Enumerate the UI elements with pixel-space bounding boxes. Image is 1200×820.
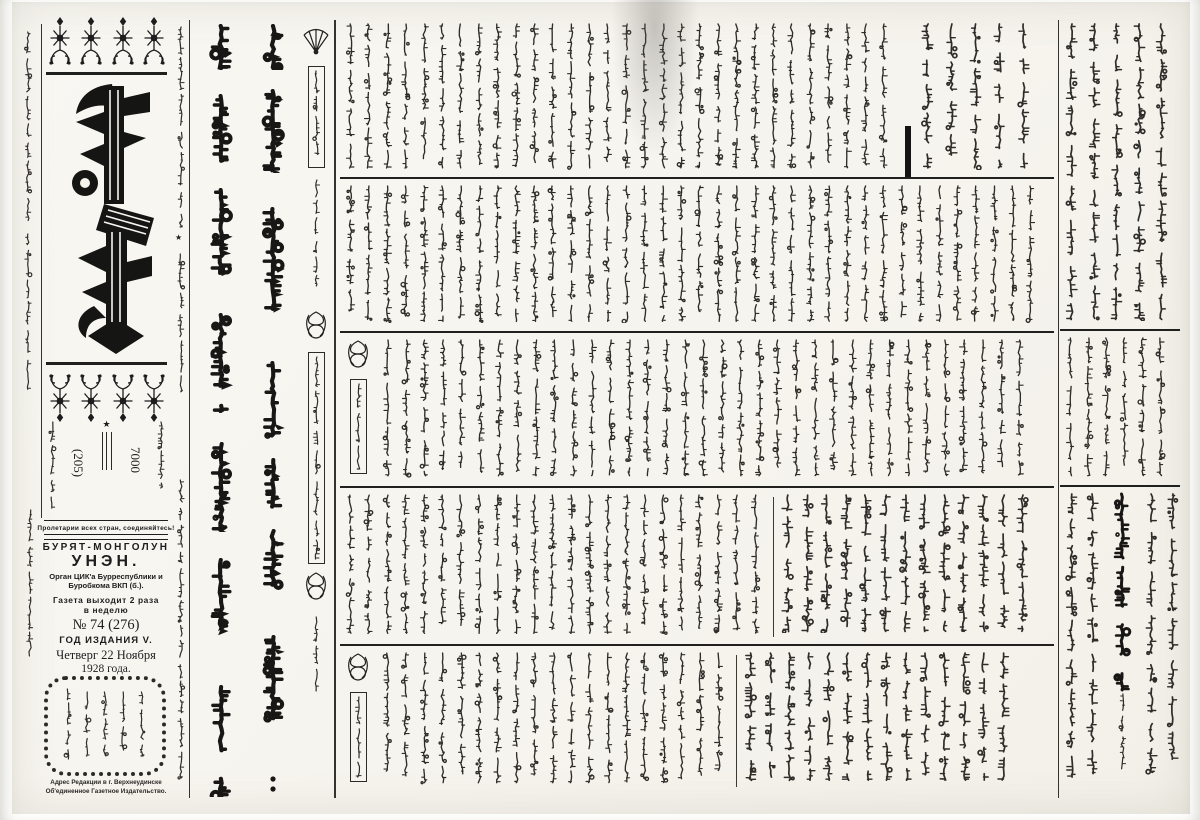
script-text-column bbox=[800, 493, 815, 638]
script-text-column bbox=[804, 184, 817, 328]
issue-date: Четверг 22 Ноября bbox=[36, 648, 176, 662]
script-text-column bbox=[933, 184, 946, 328]
script-text-column bbox=[22, 232, 34, 405]
margin-script-column bbox=[22, 232, 34, 405]
column-rule bbox=[1058, 20, 1059, 798]
script-text-column bbox=[418, 651, 431, 790]
script-text-column bbox=[546, 493, 559, 640]
script-text-column bbox=[491, 22, 504, 175]
script-text-column bbox=[790, 338, 803, 483]
script-text-column bbox=[344, 184, 357, 328]
script-text-column bbox=[937, 651, 952, 787]
script-text-column bbox=[1118, 336, 1131, 483]
script-text-column bbox=[400, 338, 413, 483]
star-divider: ★ bbox=[99, 420, 115, 470]
script-text-column bbox=[546, 22, 559, 175]
script-text-column bbox=[976, 493, 991, 638]
imprint-address: Адрес Редакции в г. Верхнеудинске Об'еди… bbox=[28, 778, 184, 796]
script-text-column bbox=[62, 687, 74, 766]
display-headline-word bbox=[253, 89, 293, 177]
script-text-column bbox=[976, 338, 989, 483]
script-text-column bbox=[753, 338, 766, 483]
script-text-column bbox=[657, 493, 670, 640]
schedule-line: в неделю bbox=[36, 606, 176, 615]
script-text-column bbox=[436, 184, 449, 328]
script-text-column bbox=[528, 651, 541, 790]
script-text-column bbox=[418, 493, 431, 640]
script-text-column bbox=[898, 493, 913, 638]
script-text-column bbox=[399, 184, 412, 328]
script-text-column bbox=[418, 22, 431, 175]
script-text-column bbox=[620, 184, 633, 328]
script-text-column bbox=[839, 493, 854, 638]
script-text-column bbox=[657, 22, 670, 175]
issue-date-year: 1928 года. bbox=[36, 663, 176, 676]
script-text-column bbox=[437, 338, 450, 483]
script-text-column bbox=[1087, 22, 1102, 326]
script-text-column bbox=[473, 651, 486, 790]
script-text-column bbox=[1085, 492, 1100, 788]
script-text-column bbox=[418, 338, 431, 483]
band-divider-rule bbox=[340, 644, 1054, 646]
article-band bbox=[344, 651, 1052, 791]
script-text-column bbox=[455, 651, 468, 790]
script-text-column bbox=[1144, 492, 1159, 781]
script-text-column bbox=[567, 338, 580, 483]
script-text-column bbox=[586, 338, 599, 483]
script-text-column bbox=[381, 22, 394, 175]
script-text-column bbox=[1064, 492, 1079, 788]
article-band bbox=[344, 338, 1052, 483]
script-text-column bbox=[657, 651, 670, 790]
display-headline-word bbox=[201, 94, 241, 168]
organ-line: Буробкома ВКП (б.). bbox=[36, 582, 176, 591]
script-text-column bbox=[381, 338, 394, 483]
mongol-calligraphy-nameplate bbox=[52, 78, 164, 365]
band-divider-rule bbox=[340, 177, 1054, 179]
star-icon: ★ bbox=[99, 420, 115, 429]
script-text-column bbox=[565, 493, 578, 640]
script-text-column bbox=[878, 493, 893, 638]
script-text-column bbox=[749, 493, 762, 640]
script-text-column bbox=[155, 420, 167, 495]
script-text-column bbox=[491, 184, 504, 328]
column-rule bbox=[189, 20, 190, 798]
script-text-column bbox=[767, 184, 780, 328]
script-text-column bbox=[996, 493, 1011, 638]
floral-device-icon bbox=[110, 368, 136, 423]
band-divider-rule bbox=[1060, 485, 1180, 487]
display-headline-word bbox=[253, 207, 293, 329]
floral-device-icon bbox=[78, 16, 104, 71]
display-headline-column bbox=[1106, 492, 1138, 772]
script-text-column bbox=[899, 651, 914, 787]
knot-ornament-icon bbox=[344, 338, 372, 375]
triple-rule bbox=[102, 432, 112, 470]
display-headline-word bbox=[201, 24, 241, 75]
script-text-column bbox=[712, 493, 725, 640]
script-text-column bbox=[474, 338, 487, 483]
display-headline-word bbox=[201, 188, 241, 297]
section-header-column bbox=[300, 28, 332, 704]
script-text-column bbox=[601, 22, 614, 175]
script-text-column bbox=[528, 184, 541, 328]
display-headline-word bbox=[201, 558, 241, 662]
script-text-column bbox=[712, 184, 725, 328]
script-text-column bbox=[473, 22, 486, 175]
display-headline-column bbox=[197, 24, 245, 820]
masthead-left-rule bbox=[41, 24, 42, 518]
script-text-column bbox=[136, 690, 148, 763]
script-text-column bbox=[841, 184, 854, 328]
script-text-column bbox=[957, 338, 970, 483]
script-text-column bbox=[679, 338, 692, 483]
script-text-column bbox=[381, 493, 394, 640]
script-text-column bbox=[749, 22, 762, 175]
script-text-column bbox=[968, 22, 983, 175]
margin-script-column bbox=[175, 252, 187, 407]
script-text-column bbox=[1109, 22, 1124, 326]
display-headline-word bbox=[253, 458, 293, 514]
ornamental-notice-box bbox=[44, 676, 166, 776]
masthead-ornament-row bbox=[47, 16, 167, 71]
display-headline-column bbox=[249, 24, 297, 801]
script-text-column bbox=[620, 493, 633, 640]
section-header-with-ornament bbox=[344, 651, 372, 782]
script-text-column bbox=[399, 651, 412, 790]
script-text-column bbox=[809, 338, 822, 483]
script-text-column bbox=[988, 184, 1001, 328]
script-text-column bbox=[763, 651, 778, 787]
script-text-column bbox=[399, 22, 412, 175]
slogan: Пролетарии всех стран, соединяйтесь! bbox=[36, 525, 176, 532]
script-text-column bbox=[175, 25, 187, 234]
script-text-column bbox=[565, 651, 578, 790]
masthead-ornament-row bbox=[47, 368, 167, 423]
script-text-column bbox=[877, 184, 890, 328]
knot-ornament-icon bbox=[302, 309, 330, 346]
script-text-column bbox=[362, 184, 375, 328]
script-text-column bbox=[565, 22, 578, 175]
script-text-column bbox=[944, 22, 959, 175]
script-text-column bbox=[546, 184, 559, 328]
script-text-column bbox=[620, 22, 633, 175]
band-divider-rule bbox=[340, 331, 1054, 333]
script-text-column bbox=[530, 338, 543, 483]
script-text-column bbox=[879, 651, 894, 787]
floral-device-icon bbox=[141, 368, 167, 423]
floral-device-icon bbox=[141, 16, 167, 71]
framed-section-header bbox=[308, 352, 325, 564]
knot-ornament-icon bbox=[344, 651, 372, 688]
script-text-column bbox=[638, 493, 651, 640]
script-text-column bbox=[937, 493, 952, 638]
script-text-column bbox=[730, 184, 743, 328]
script-text-column bbox=[697, 338, 710, 483]
column-rule bbox=[334, 20, 336, 798]
script-text-column bbox=[565, 184, 578, 328]
script-text-column bbox=[821, 651, 836, 787]
script-text-column bbox=[902, 338, 915, 483]
framed-section-header bbox=[350, 379, 367, 474]
script-text-column bbox=[601, 493, 614, 640]
script-text-column bbox=[846, 338, 859, 483]
script-text-column bbox=[840, 651, 855, 787]
edition-year: ГОД ИЗДАНИЯ V. bbox=[36, 636, 176, 647]
script-text-column bbox=[381, 184, 394, 328]
script-text-column bbox=[918, 651, 933, 787]
script-text-column bbox=[547, 651, 560, 790]
band-divider-rule bbox=[340, 486, 1054, 488]
script-text-column bbox=[802, 651, 817, 787]
imprint-line: Об'единенное Газетное Издательство. bbox=[28, 787, 184, 796]
script-text-column bbox=[920, 338, 933, 483]
fan-ornament-icon bbox=[301, 28, 331, 60]
script-text-column bbox=[510, 184, 523, 328]
script-text-column bbox=[956, 493, 971, 638]
right-article-band bbox=[1064, 336, 1178, 482]
article-band bbox=[344, 493, 1052, 641]
script-text-column bbox=[785, 184, 798, 328]
script-text-column bbox=[1064, 336, 1077, 483]
script-text-column bbox=[510, 651, 523, 790]
script-text-column bbox=[583, 184, 596, 328]
script-text-column bbox=[864, 338, 877, 483]
script-text-column bbox=[660, 338, 673, 483]
script-text-column bbox=[22, 30, 34, 231]
display-headline-word bbox=[253, 24, 293, 75]
script-text-column bbox=[693, 493, 706, 640]
script-text-column bbox=[583, 22, 596, 175]
script-text-column bbox=[604, 338, 617, 483]
script-text-column bbox=[436, 651, 449, 790]
script-text-column bbox=[858, 493, 873, 638]
script-text-column bbox=[859, 184, 872, 328]
print-run-number: 7000 bbox=[126, 420, 144, 500]
framed-section-header bbox=[350, 692, 367, 782]
script-text-column bbox=[81, 690, 93, 763]
script-text-column bbox=[436, 493, 449, 640]
script-text-column bbox=[344, 22, 357, 175]
script-text-column bbox=[939, 338, 952, 483]
script-text-column bbox=[175, 478, 187, 788]
schedule-line: Газета выходит 2 раза bbox=[36, 596, 176, 605]
script-text-column bbox=[46, 420, 58, 517]
script-text-column bbox=[730, 22, 743, 175]
newspaper-page: (205) ★ 7000 Пролетарии всех стран, соед… bbox=[0, 0, 1200, 820]
script-text-column bbox=[454, 184, 467, 328]
script-text-column bbox=[493, 338, 506, 483]
band-divider-rule bbox=[1060, 329, 1180, 331]
script-text-column bbox=[454, 493, 467, 640]
script-text-column bbox=[362, 22, 375, 175]
floral-device-icon bbox=[78, 368, 104, 423]
script-text-column bbox=[1100, 336, 1113, 483]
script-text-column bbox=[1154, 22, 1169, 326]
script-text-column bbox=[1082, 336, 1095, 483]
script-text-column bbox=[511, 338, 524, 483]
margin-script-column bbox=[24, 508, 36, 663]
script-text-column bbox=[896, 184, 909, 328]
script-text-column bbox=[528, 493, 541, 640]
script-text-column bbox=[1013, 338, 1026, 483]
script-text-column bbox=[1024, 184, 1037, 328]
display-headline-word bbox=[253, 361, 293, 444]
right-article-band bbox=[1064, 492, 1178, 792]
script-text-column bbox=[877, 22, 890, 175]
script-text-column bbox=[46, 420, 58, 517]
script-text-column bbox=[804, 22, 817, 175]
display-headline-word bbox=[201, 313, 241, 418]
script-text-column bbox=[99, 690, 111, 763]
script-text-column bbox=[1064, 22, 1079, 326]
floral-device-icon bbox=[110, 16, 136, 71]
script-text-column bbox=[399, 493, 412, 640]
script-text-column bbox=[675, 184, 688, 328]
script-text-column bbox=[473, 184, 486, 328]
script-text-column bbox=[583, 493, 596, 640]
masthead-rule bbox=[46, 362, 167, 365]
star-icon: ★ bbox=[175, 234, 182, 242]
script-text-column bbox=[730, 493, 743, 640]
display-headline-word bbox=[201, 442, 241, 537]
script-text-column bbox=[1015, 493, 1030, 638]
article-divider-rule bbox=[773, 497, 774, 637]
imprint-line: Адрес Редакции в г. Верхнеудинске bbox=[28, 778, 184, 787]
terminal-punctuation bbox=[267, 774, 279, 801]
article-band bbox=[344, 184, 1052, 328]
margin-script-column bbox=[175, 478, 187, 788]
script-text-column bbox=[601, 184, 614, 328]
script-text-column bbox=[767, 22, 780, 175]
script-text-column bbox=[712, 22, 725, 175]
script-text-column bbox=[602, 651, 615, 790]
script-text-column bbox=[528, 22, 541, 175]
script-text-column bbox=[819, 493, 834, 638]
script-text-column bbox=[969, 184, 982, 328]
script-text-column bbox=[920, 22, 935, 175]
subscription-number: (205) bbox=[69, 420, 87, 506]
script-text-column bbox=[749, 184, 762, 328]
script-text-column bbox=[957, 651, 972, 787]
script-text-column bbox=[436, 22, 449, 175]
subscription-block: (205) ★ 7000 bbox=[46, 420, 167, 516]
script-text-column bbox=[310, 178, 323, 293]
script-text-column bbox=[841, 22, 854, 175]
script-text-column bbox=[859, 22, 872, 175]
script-text-column bbox=[24, 508, 36, 663]
script-text-column bbox=[917, 493, 932, 638]
margin-script-column bbox=[22, 30, 34, 231]
script-text-column bbox=[693, 22, 706, 175]
script-text-column bbox=[491, 651, 504, 790]
script-text-column bbox=[473, 493, 486, 640]
script-text-column bbox=[155, 420, 167, 495]
script-text-column bbox=[491, 493, 504, 640]
article-divider-rule bbox=[736, 655, 737, 787]
script-text-column bbox=[638, 651, 651, 790]
display-headline-word bbox=[253, 635, 293, 747]
script-text-column bbox=[694, 651, 707, 790]
article-band bbox=[344, 22, 1052, 174]
script-text-column bbox=[951, 184, 964, 328]
script-text-column bbox=[455, 338, 468, 483]
script-text-column bbox=[362, 493, 375, 640]
script-text-column bbox=[914, 184, 927, 328]
script-text-column bbox=[693, 184, 706, 328]
script-text-column bbox=[623, 338, 636, 483]
issue-number: № 74 (276) bbox=[36, 617, 176, 633]
script-text-column bbox=[712, 651, 725, 790]
script-text-column bbox=[548, 338, 561, 483]
script-text-column bbox=[454, 22, 467, 175]
script-text-column bbox=[620, 651, 633, 790]
script-text-column bbox=[716, 338, 729, 483]
script-text-column bbox=[641, 338, 654, 483]
script-text-column bbox=[675, 22, 688, 175]
paper-name-ru-main: УНЭН. bbox=[36, 553, 176, 571]
framed-section-header bbox=[308, 66, 325, 168]
script-text-column bbox=[785, 22, 798, 175]
script-text-column bbox=[771, 338, 784, 483]
script-text-column bbox=[310, 615, 323, 698]
script-text-column bbox=[780, 493, 795, 638]
knot-ornament-icon bbox=[302, 570, 330, 607]
script-text-column bbox=[675, 651, 688, 790]
script-text-column bbox=[782, 651, 797, 787]
right-article-band bbox=[1064, 22, 1178, 326]
script-text-column bbox=[860, 651, 875, 787]
black-bar-marker bbox=[905, 126, 911, 178]
script-text-column bbox=[657, 184, 670, 328]
floral-device-icon bbox=[47, 16, 73, 71]
script-text-column bbox=[117, 690, 129, 763]
script-text-column bbox=[995, 338, 1008, 483]
script-text-column bbox=[992, 22, 1007, 175]
script-text-column bbox=[510, 22, 523, 175]
script-text-column bbox=[583, 651, 596, 790]
masthead-rule bbox=[46, 72, 167, 75]
script-text-column bbox=[1165, 492, 1180, 766]
script-text-column bbox=[175, 252, 187, 407]
paper-name-ru: БУРЯТ-МОНГОЛУН bbox=[36, 542, 176, 553]
script-text-column bbox=[1006, 184, 1019, 328]
script-text-column bbox=[675, 493, 688, 640]
script-text-column bbox=[734, 338, 747, 483]
script-text-column bbox=[996, 651, 1011, 787]
script-text-column bbox=[344, 493, 357, 640]
script-text-column bbox=[822, 22, 835, 175]
thin-rule bbox=[44, 520, 168, 521]
script-text-column bbox=[883, 338, 896, 483]
double-rule bbox=[44, 534, 168, 540]
script-text-column bbox=[510, 493, 523, 640]
floral-device-icon bbox=[47, 368, 73, 423]
script-text-column bbox=[743, 651, 758, 787]
script-text-column bbox=[1016, 22, 1031, 175]
script-text-column bbox=[638, 184, 651, 328]
script-text-column bbox=[1136, 336, 1149, 483]
script-text-column bbox=[827, 338, 840, 483]
script-text-column bbox=[822, 184, 835, 328]
display-headline-word bbox=[253, 529, 293, 619]
section-header-with-ornament bbox=[344, 338, 372, 474]
script-text-column bbox=[381, 651, 394, 790]
script-text-column bbox=[418, 184, 431, 328]
script-text-column bbox=[638, 22, 651, 175]
display-headline-word bbox=[201, 685, 241, 803]
script-text-column bbox=[976, 651, 991, 787]
